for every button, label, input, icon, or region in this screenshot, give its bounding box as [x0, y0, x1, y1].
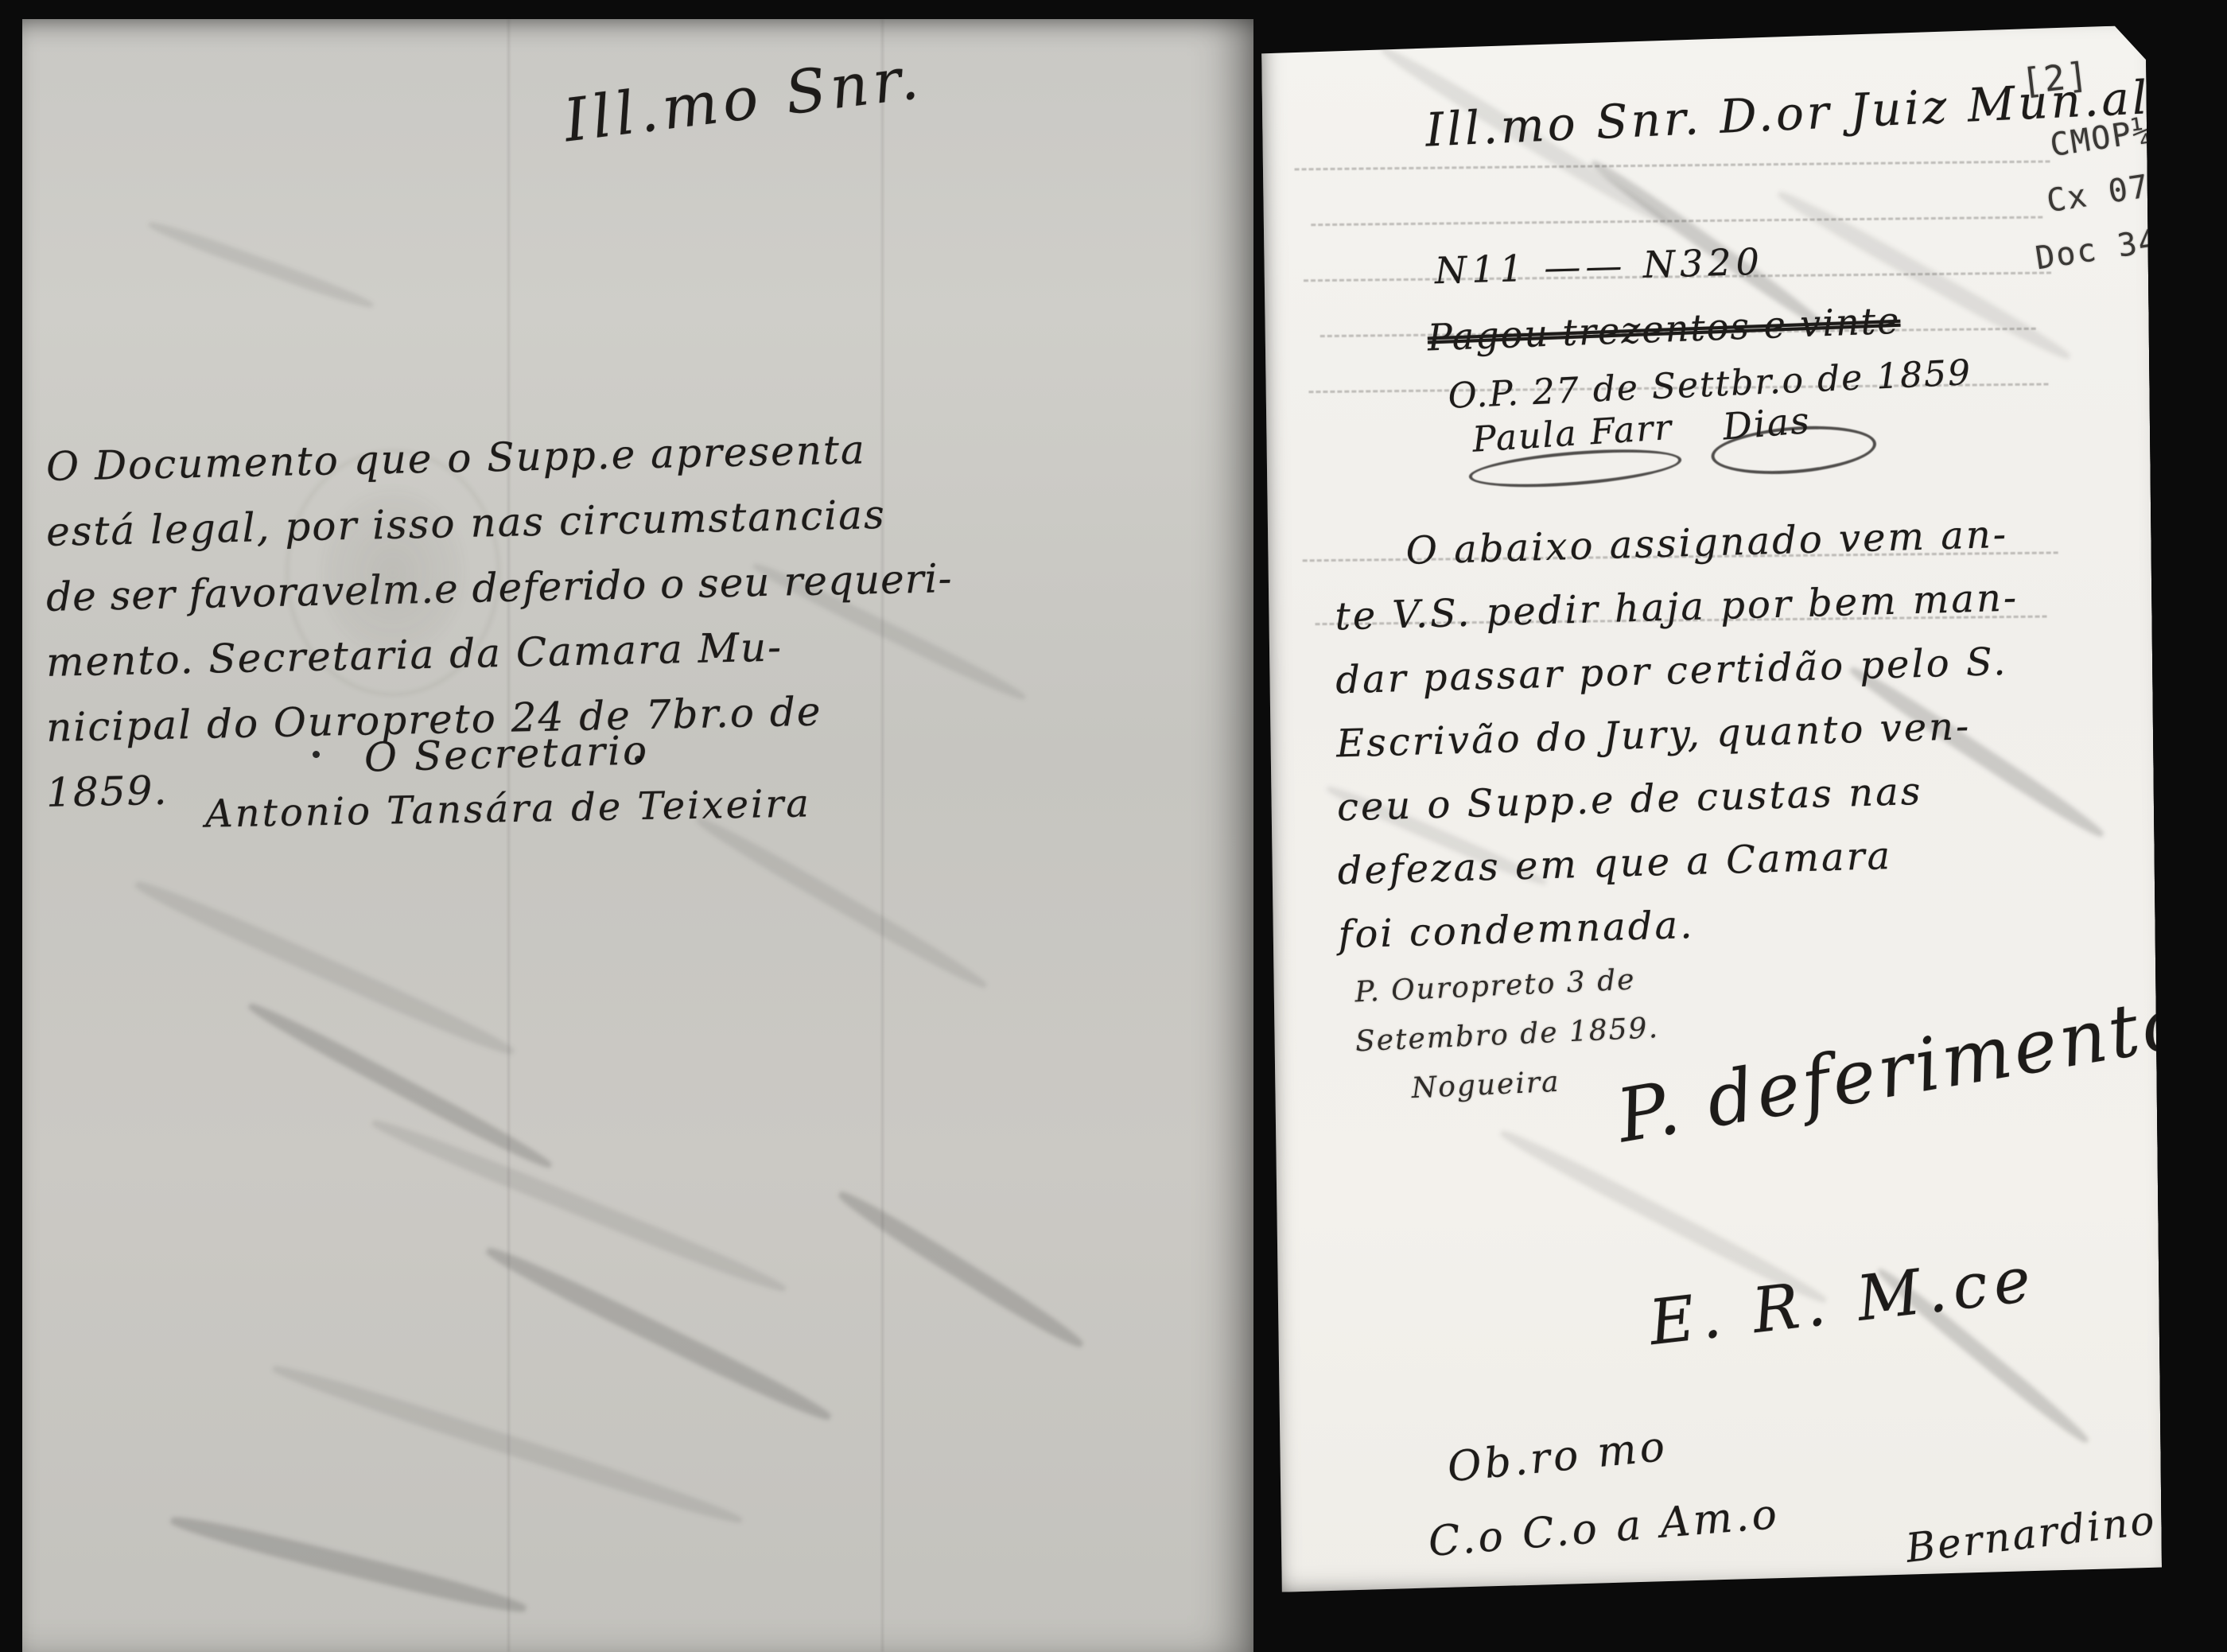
bleed-through-stain	[834, 1185, 1087, 1353]
bleed-through-stain	[369, 1114, 789, 1298]
petition-body: O abaixo assignado vem an- te V.S. pedir…	[1334, 508, 2023, 961]
closing-abbreviation-2: C.o C.o a Am.o	[1427, 1491, 1782, 1566]
right-page-scan: [2] CMOP¼ Cx 07 Doc 34 Ill.mo Snr. D.or …	[1261, 25, 2162, 1592]
fold-line	[881, 19, 884, 1652]
bleed-through-stain	[146, 217, 375, 313]
bleed-through-stain	[483, 1241, 835, 1427]
ink-speck	[635, 756, 642, 763]
payment-date: O.P. 27 de Settbr.o de 1859	[1448, 352, 1972, 417]
left-page-scan: Ill.mo Snr. O Documento que o Supp.e apr…	[22, 19, 1253, 1652]
bleed-rule-line	[1295, 160, 2050, 170]
payment-note: Pagou trezentos e vinte	[1427, 299, 1901, 360]
left-closing-title: O Secretario	[363, 727, 650, 780]
bleed-through-stain	[131, 874, 518, 1061]
left-salutation: Ill.mo Snr.	[560, 44, 927, 156]
fold-line	[507, 19, 510, 1652]
big-closing-deferimento: P. deferimento	[1611, 979, 2195, 1160]
bleed-through-stain	[693, 811, 991, 993]
archival-stamp-doc: Doc 34	[2033, 222, 2162, 277]
closing-abbreviation-1: Ob.ro mo	[1445, 1423, 1669, 1492]
embossed-seal-watermark	[285, 449, 501, 697]
ink-speck	[313, 751, 320, 758]
archival-stamp-caixa: Cx 07	[2044, 168, 2152, 220]
courtesy-erm: E. R. M.ce	[1646, 1243, 2040, 1359]
signature-bernardino: Bernardino	[1903, 1497, 2159, 1572]
bleed-through-stain	[169, 1510, 529, 1619]
